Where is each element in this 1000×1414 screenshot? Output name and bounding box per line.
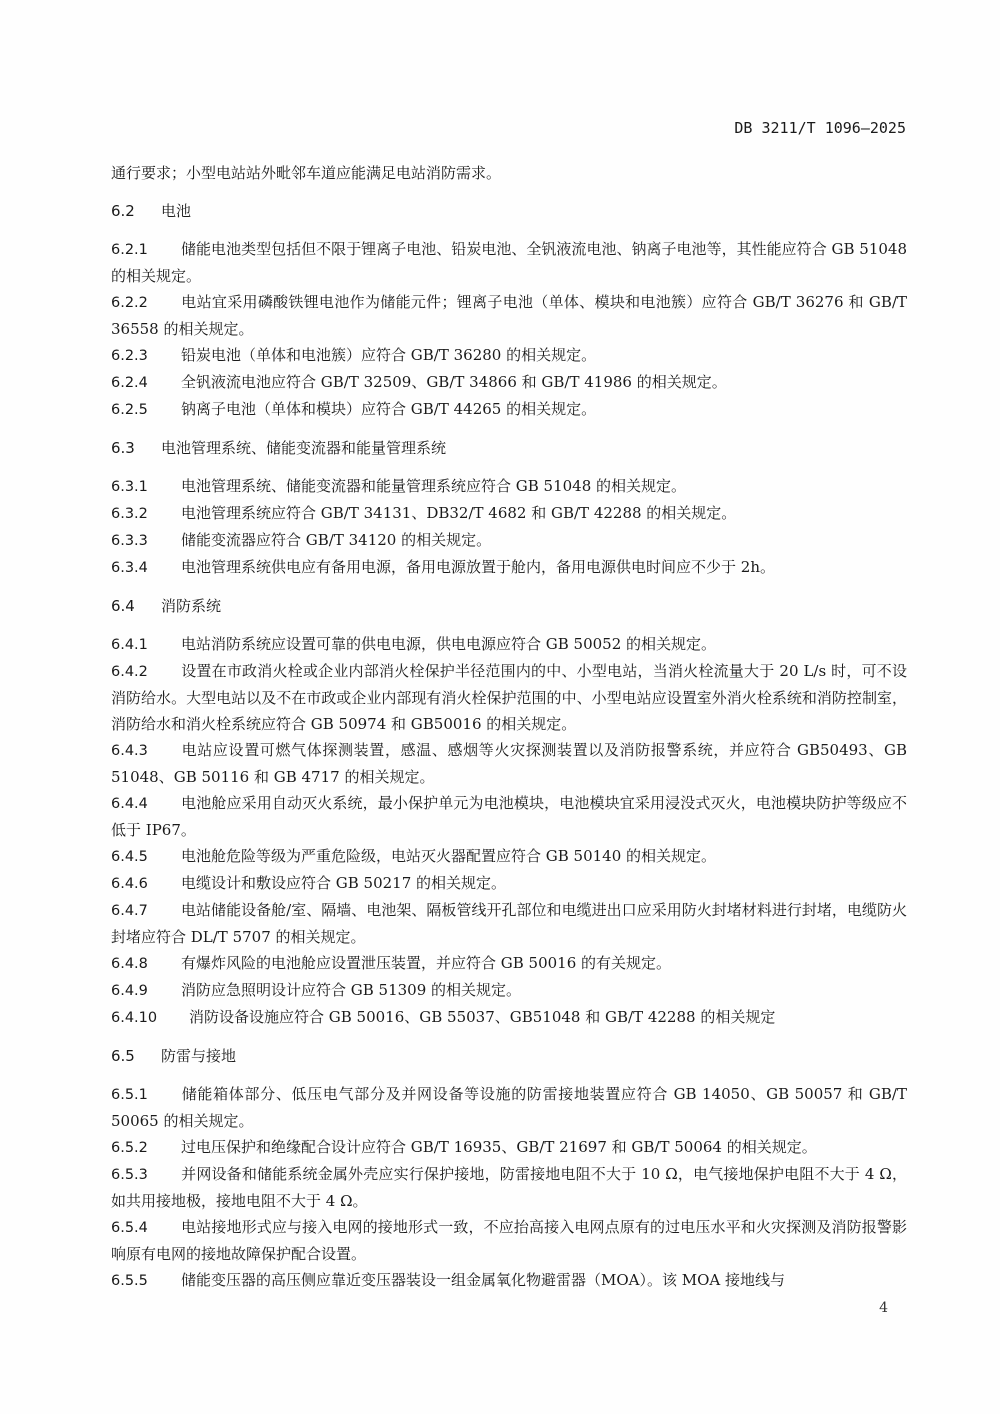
- section-heading-6-5: 6.5防雷与接地: [111, 1043, 907, 1069]
- page-number: 4: [879, 1300, 888, 1316]
- clause-text: 电站储能设备舱/室、隔墙、电池架、隔板管线开孔部位和电缆进出口应采用防火封堵材料…: [111, 901, 907, 946]
- section-heading-6-2: 6.2电池: [111, 198, 907, 224]
- section-heading-6-4: 6.4消防系统: [111, 593, 907, 619]
- clause-text: 全钒液流电池应符合 GB/T 32509、GB/T 34866 和 GB/T 4…: [181, 373, 727, 391]
- clause-6-4-1: 6.4.1电站消防系统应设置可靠的供电电源，供电电源应符合 GB 50052 的…: [111, 631, 907, 658]
- section-number: 6.4: [111, 593, 161, 619]
- clause-text: 电池管理系统应符合 GB/T 34131、DB32/T 4682 和 GB/T …: [181, 504, 736, 522]
- clause-6-4-2: 6.4.2设置在市政消火栓或企业内部消火栓保护半径范围内的中、小型电站，当消火栓…: [111, 658, 907, 737]
- clause-number: 6.4.5: [111, 844, 181, 870]
- document-page: DB 3211/T 1096—2025 通行要求；小型电站站外毗邻车道应能满足电…: [0, 0, 1000, 1414]
- clause-6-5-2: 6.5.2过电压保护和绝缘配合设计应符合 GB/T 16935、GB/T 216…: [111, 1134, 907, 1161]
- section-heading-6-3: 6.3电池管理系统、储能变流器和能量管理系统: [111, 435, 907, 461]
- clause-number: 6.4.9: [111, 978, 181, 1004]
- clause-text: 并网设备和储能系统金属外壳应实行保护接地，防雷接地电阻不大于 10 Ω，电气接地…: [111, 1165, 907, 1210]
- clause-text: 电站接地形式应与接入电网的接地形式一致，不应抬高接入电网点原有的过电压水平和火灾…: [111, 1218, 907, 1263]
- clause-number: 6.5.1: [111, 1082, 181, 1108]
- clause-number: 6.2.4: [111, 370, 181, 396]
- document-body: 通行要求；小型电站站外毗邻车道应能满足电站消防需求。 6.2电池 6.2.1储能…: [111, 160, 907, 1294]
- clause-text: 电池管理系统、储能变流器和能量管理系统应符合 GB 51048 的相关规定。: [181, 477, 686, 495]
- clause-6-3-3: 6.3.3储能变流器应符合 GB/T 34120 的相关规定。: [111, 527, 907, 554]
- clause-number: 6.5.4: [111, 1215, 181, 1241]
- clause-text: 电站消防系统应设置可靠的供电电源，供电电源应符合 GB 50052 的相关规定。: [181, 635, 716, 653]
- clause-number: 6.2.5: [111, 397, 181, 423]
- clause-text: 储能变流器应符合 GB/T 34120 的相关规定。: [181, 531, 491, 549]
- clause-text: 铅炭电池（单体和电池簇）应符合 GB/T 36280 的相关规定。: [181, 346, 596, 364]
- clause-number: 6.5.2: [111, 1135, 181, 1161]
- document-id-header: DB 3211/T 1096—2025: [734, 119, 906, 137]
- clause-number: 6.4.10: [111, 1005, 189, 1031]
- clause-number: 6.4.8: [111, 951, 181, 977]
- clause-number: 6.3.2: [111, 501, 181, 527]
- clause-6-5-3: 6.5.3并网设备和储能系统金属外壳应实行保护接地，防雷接地电阻不大于 10 Ω…: [111, 1161, 907, 1214]
- clause-number: 6.5.5: [111, 1268, 181, 1294]
- clause-6-4-6: 6.4.6电缆设计和敷设应符合 GB 50217 的相关规定。: [111, 870, 907, 897]
- clause-number: 6.4.7: [111, 898, 181, 924]
- clause-6-4-7: 6.4.7电站储能设备舱/室、隔墙、电池架、隔板管线开孔部位和电缆进出口应采用防…: [111, 897, 907, 950]
- clause-text: 设置在市政消火栓或企业内部消火栓保护半径范围内的中、小型电站，当消火栓流量大于 …: [111, 662, 907, 733]
- clause-text: 电缆设计和敷设应符合 GB 50217 的相关规定。: [181, 874, 506, 892]
- clause-number: 6.4.2: [111, 659, 181, 685]
- clause-text: 电池舱危险等级为严重危险级，电站灭火器配置应符合 GB 50140 的相关规定。: [181, 847, 716, 865]
- clause-6-4-3: 6.4.3电站应设置可燃气体探测装置，感温、感烟等火灾探测装置以及消防报警系统，…: [111, 737, 907, 790]
- section-title: 消防系统: [161, 597, 221, 615]
- clause-number: 6.3.1: [111, 474, 181, 500]
- clause-6-3-1: 6.3.1电池管理系统、储能变流器和能量管理系统应符合 GB 51048 的相关…: [111, 473, 907, 500]
- clause-text: 钠离子电池（单体和模块）应符合 GB/T 44265 的相关规定。: [181, 400, 596, 418]
- clause-6-2-4: 6.2.4全钒液流电池应符合 GB/T 32509、GB/T 34866 和 G…: [111, 369, 907, 396]
- clause-6-5-4: 6.5.4电站接地形式应与接入电网的接地形式一致，不应抬高接入电网点原有的过电压…: [111, 1214, 907, 1267]
- section-number: 6.3: [111, 435, 161, 461]
- clause-6-4-8: 6.4.8有爆炸风险的电池舱应设置泄压装置，并应符合 GB 50016 的有关规…: [111, 950, 907, 977]
- clause-text: 消防设备设施应符合 GB 50016、GB 55037、GB51048 和 GB…: [189, 1008, 775, 1026]
- clause-text: 电站宜采用磷酸铁锂电池作为储能元件；锂离子电池（单体、模块和电池簇）应符合 GB…: [111, 293, 907, 338]
- section-number: 6.5: [111, 1043, 161, 1069]
- section-title: 防雷与接地: [161, 1047, 236, 1065]
- intro-line: 通行要求；小型电站站外毗邻车道应能满足电站消防需求。: [111, 160, 907, 186]
- clause-6-3-4: 6.3.4电池管理系统供电应有备用电源，备用电源放置于舱内，备用电源供电时间应不…: [111, 554, 907, 581]
- clause-6-5-5: 6.5.5储能变压器的高压侧应靠近变压器装设一组金属氧化物避雷器（MOA）。该 …: [111, 1267, 907, 1294]
- clause-text: 电池管理系统供电应有备用电源，备用电源放置于舱内，备用电源供电时间应不少于 2h…: [181, 558, 775, 576]
- clause-number: 6.2.3: [111, 343, 181, 369]
- clause-number: 6.3.3: [111, 528, 181, 554]
- clause-6-4-10: 6.4.10消防设备设施应符合 GB 50016、GB 55037、GB5104…: [111, 1004, 907, 1031]
- clause-6-2-1: 6.2.1储能电池类型包括但不限于锂离子电池、铅炭电池、全钒液流电池、钠离子电池…: [111, 236, 907, 289]
- clause-6-5-1: 6.5.1储能箱体部分、低压电气部分及并网设备等设施的防雷接地装置应符合 GB …: [111, 1081, 907, 1134]
- section-title: 电池: [161, 202, 191, 220]
- clause-6-3-2: 6.3.2电池管理系统应符合 GB/T 34131、DB32/T 4682 和 …: [111, 500, 907, 527]
- clause-text: 消防应急照明设计应符合 GB 51309 的相关规定。: [181, 981, 521, 999]
- clause-number: 6.2.1: [111, 237, 181, 263]
- clause-6-2-3: 6.2.3铅炭电池（单体和电池簇）应符合 GB/T 36280 的相关规定。: [111, 342, 907, 369]
- clause-6-2-5: 6.2.5钠离子电池（单体和模块）应符合 GB/T 44265 的相关规定。: [111, 396, 907, 423]
- section-number: 6.2: [111, 198, 161, 224]
- clause-text: 电站应设置可燃气体探测装置，感温、感烟等火灾探测装置以及消防报警系统，并应符合 …: [111, 741, 907, 786]
- clause-number: 6.4.6: [111, 871, 181, 897]
- clause-text: 有爆炸风险的电池舱应设置泄压装置，并应符合 GB 50016 的有关规定。: [181, 954, 671, 972]
- clause-number: 6.4.3: [111, 738, 181, 764]
- clause-6-4-5: 6.4.5电池舱危险等级为严重危险级，电站灭火器配置应符合 GB 50140 的…: [111, 843, 907, 870]
- section-title: 电池管理系统、储能变流器和能量管理系统: [161, 439, 446, 457]
- clause-number: 6.4.1: [111, 632, 181, 658]
- clause-text: 储能变压器的高压侧应靠近变压器装设一组金属氧化物避雷器（MOA）。该 MOA 接…: [181, 1271, 785, 1289]
- clause-text: 储能箱体部分、低压电气部分及并网设备等设施的防雷接地装置应符合 GB 14050…: [111, 1085, 907, 1130]
- clause-number: 6.4.4: [111, 791, 181, 817]
- clause-number: 6.5.3: [111, 1162, 181, 1188]
- clause-number: 6.3.4: [111, 555, 181, 581]
- clause-text: 过电压保护和绝缘配合设计应符合 GB/T 16935、GB/T 21697 和 …: [181, 1138, 817, 1156]
- clause-6-2-2: 6.2.2电站宜采用磷酸铁锂电池作为储能元件；锂离子电池（单体、模块和电池簇）应…: [111, 289, 907, 342]
- clause-text: 电池舱应采用自动灭火系统，最小保护单元为电池模块，电池模块宜采用浸没式灭火，电池…: [111, 794, 907, 839]
- clause-number: 6.2.2: [111, 290, 181, 316]
- clause-6-4-4: 6.4.4电池舱应采用自动灭火系统，最小保护单元为电池模块，电池模块宜采用浸没式…: [111, 790, 907, 843]
- clause-6-4-9: 6.4.9消防应急照明设计应符合 GB 51309 的相关规定。: [111, 977, 907, 1004]
- clause-text: 储能电池类型包括但不限于锂离子电池、铅炭电池、全钒液流电池、钠离子电池等，其性能…: [111, 240, 907, 285]
